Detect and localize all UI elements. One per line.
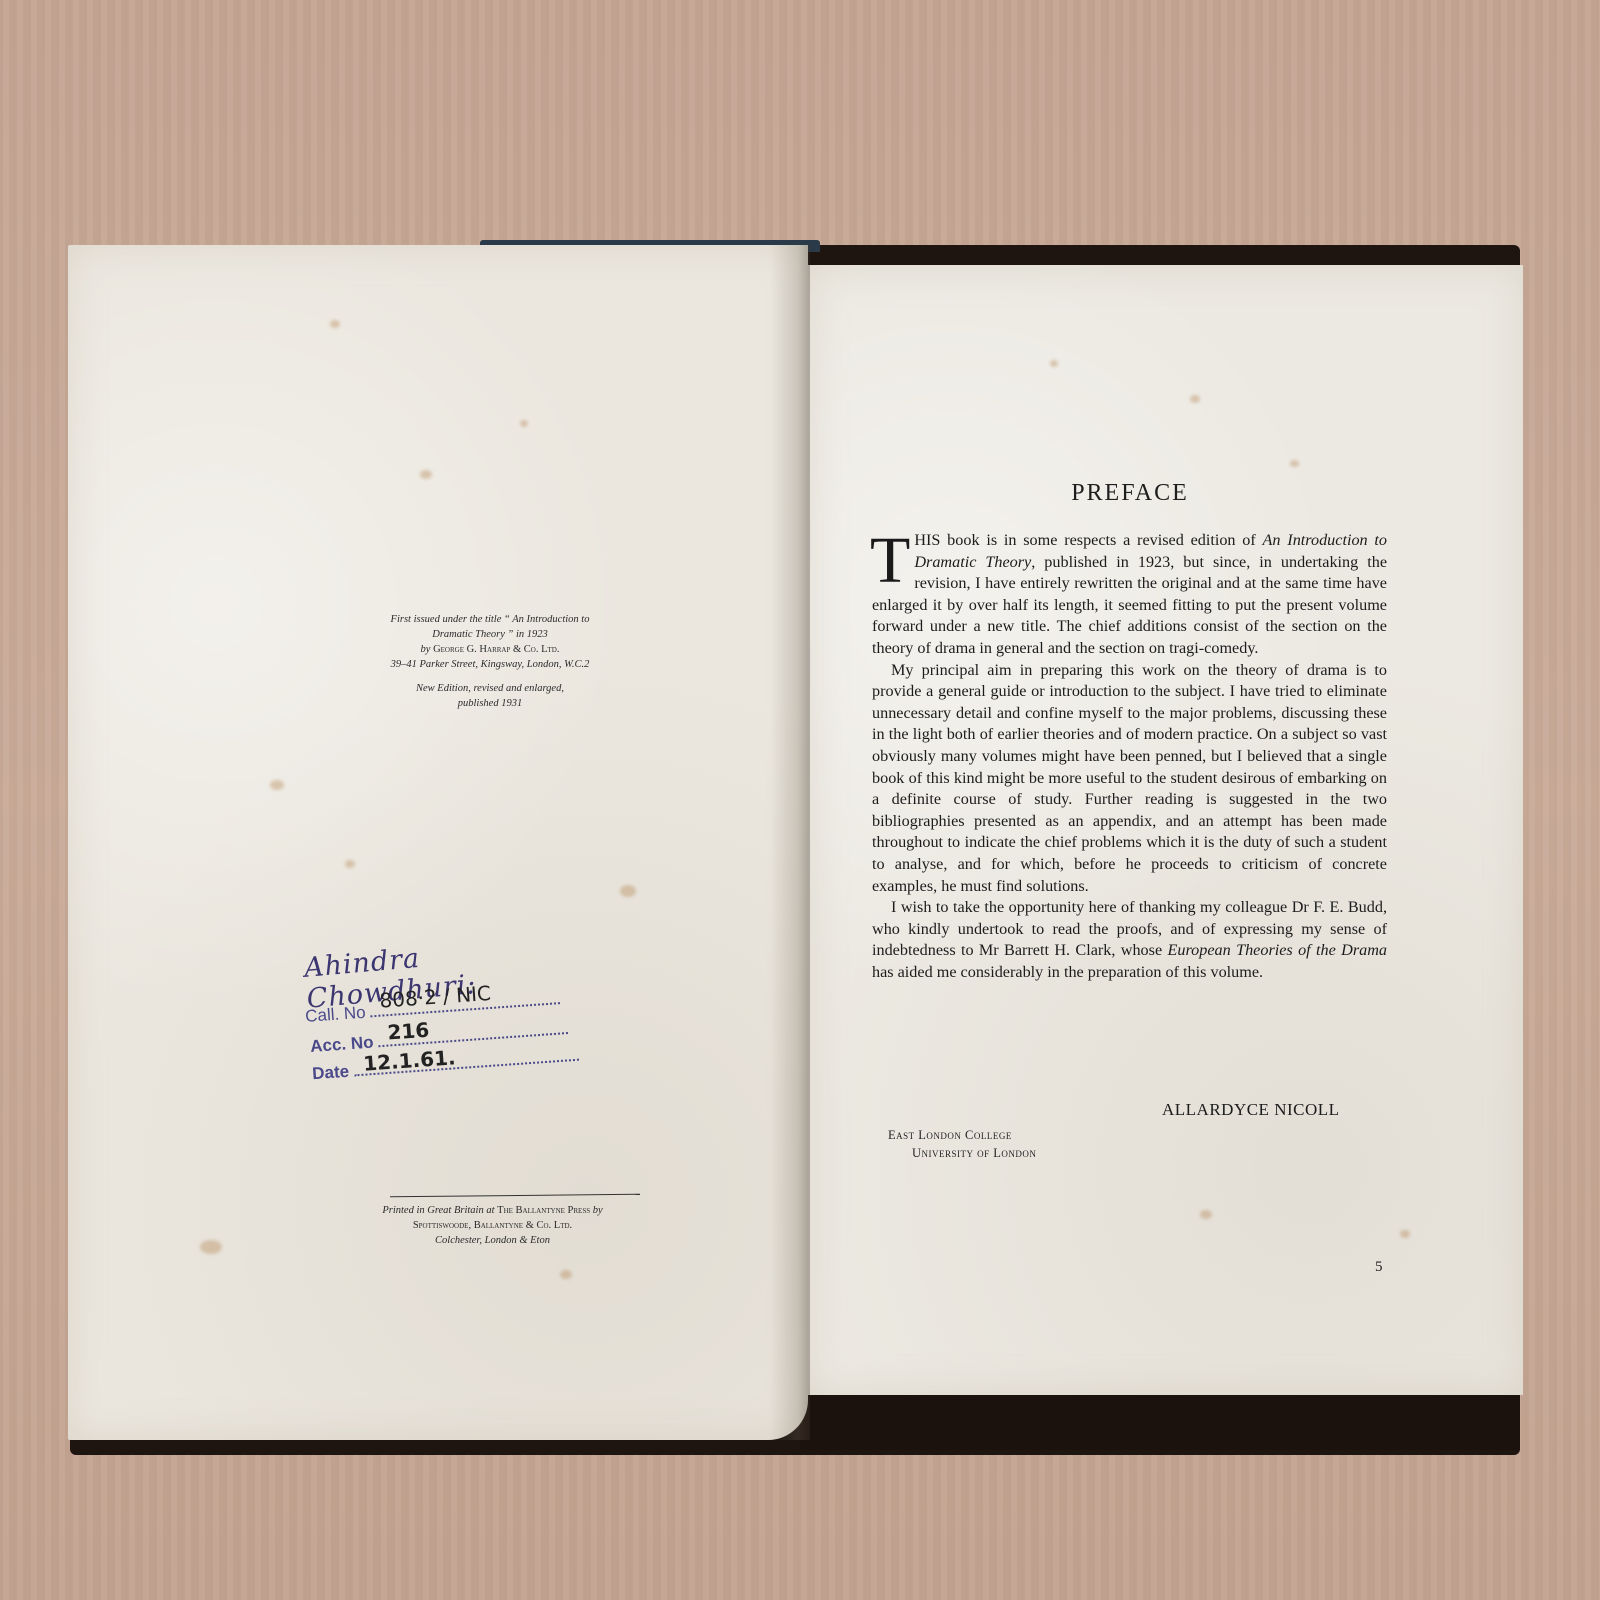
foxing-spot <box>1200 1210 1212 1219</box>
imprint-line: by George G. Harrap & Co. Ltd. <box>340 642 640 657</box>
foxing-spot <box>1050 360 1058 367</box>
colophon-line: Colchester, London & Eton <box>345 1233 640 1248</box>
imprint-line: published 1931 <box>340 696 640 711</box>
book-title-italic: European Theories of the Drama <box>1167 941 1387 959</box>
foxing-spot <box>200 1240 222 1254</box>
left-page <box>68 245 808 1440</box>
publisher-name: George G. Harrap & Co. Ltd. <box>433 644 559 655</box>
foxing-spot <box>330 320 340 328</box>
page-number: 5 <box>1375 1259 1383 1276</box>
affiliation-line: University of London <box>888 1144 1036 1162</box>
author-affiliation: East London College University of London <box>888 1126 1036 1162</box>
foxing-spot <box>270 780 284 790</box>
author-signature: ALLARDYCE NICOLL <box>1162 1100 1340 1120</box>
printer-colophon: Printed in Great Britain at The Ballanty… <box>345 1203 640 1248</box>
foxing-spot <box>560 1270 572 1279</box>
page-stack <box>800 1395 1520 1450</box>
imprint-line: 39–41 Parker Street, Kingsway, London, W… <box>340 657 640 672</box>
foxing-spot <box>420 470 432 479</box>
date-label: Date <box>312 1062 350 1084</box>
affiliation-line: East London College <box>888 1126 1036 1144</box>
foxing-spot <box>1400 1230 1410 1238</box>
imprint-line: Dramatic Theory ” in 1923 <box>340 627 640 642</box>
foxing-spot <box>1290 460 1299 467</box>
date-value: 12.1.61. <box>362 1045 456 1075</box>
page-title: PREFACE <box>1000 480 1260 507</box>
imprint-block: First issued under the title “ An Introd… <box>340 612 640 711</box>
page-fold <box>770 245 810 1440</box>
foxing-spot <box>1190 395 1200 403</box>
foxing-spot <box>520 420 528 427</box>
preface-paragraph: My principal aim in preparing this work … <box>872 660 1387 898</box>
drop-cap: T <box>870 534 910 588</box>
call-number-label: Call. No <box>305 1003 367 1026</box>
imprint-line: New Edition, revised and enlarged, <box>340 681 640 696</box>
library-stamp: Ahindra Chowdhuri: Call. No 808·2 / NIC … <box>300 930 600 1080</box>
foxing-spot <box>620 885 636 897</box>
preface-paragraph: THIS book is in some respects a revised … <box>872 530 1387 660</box>
foxing-spot <box>345 860 355 868</box>
accession-number-value: 216 <box>387 1018 430 1045</box>
preface-body: THIS book is in some respects a revised … <box>872 530 1387 983</box>
colophon-line: Spottiswoode, Ballantyne & Co. Ltd. <box>345 1218 640 1233</box>
imprint-line: First issued under the title “ An Introd… <box>340 612 640 627</box>
colophon-line: Printed in Great Britain at The Ballanty… <box>345 1203 640 1218</box>
preface-paragraph: I wish to take the opportunity here of t… <box>872 897 1387 983</box>
